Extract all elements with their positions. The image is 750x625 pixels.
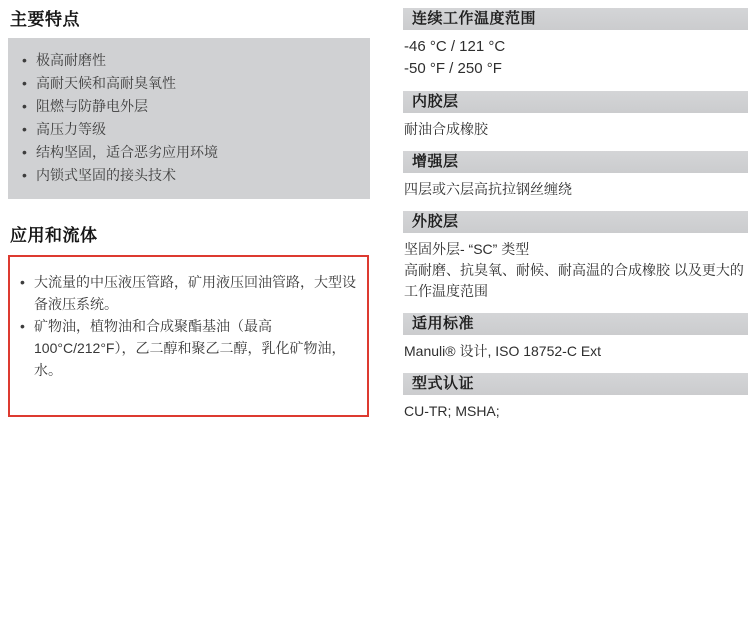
- spec-section-title: 内胶层: [403, 91, 748, 113]
- feature-item: 高耐天候和高耐臭氧性: [22, 72, 356, 95]
- spec-section-title: 增强层: [403, 151, 748, 173]
- feature-item: 阻燃与防静电外层: [22, 95, 356, 118]
- spec-value: 耐油合成橡胶: [403, 119, 748, 140]
- spec-section-reinforcement: 增强层 四层或六层高抗拉钢丝缠绕: [403, 151, 748, 200]
- spec-value: 四层或六层高抗拉钢丝缠绕: [403, 179, 748, 200]
- feature-item: 内锁式坚固的接头技术: [22, 164, 356, 187]
- applications-highlight-box: 大流量的中压液压管路，矿用液压回油管路，大型设备液压系统。 矿物油，植物油和合成…: [8, 255, 369, 417]
- spec-value-cover-type: 坚固外层- “SC” 类型: [403, 239, 748, 260]
- spec-section-standards: 适用标准 Manuli® 设计, ISO 18752-C Ext: [403, 313, 748, 362]
- feature-item: 极高耐磨性: [22, 49, 356, 72]
- spec-value-fahrenheit: -50 °F / 250 °F: [403, 58, 748, 80]
- spec-value-certifications: CU-TR; MSHA;: [403, 401, 748, 422]
- feature-item: 高压力等级: [22, 118, 356, 141]
- spec-section-certifications: 型式认证 CU-TR; MSHA;: [403, 373, 748, 422]
- application-item: 矿物油，植物油和合成聚酯基油（最高100°C/212°F），乙二醇和聚乙二醇，乳…: [20, 315, 357, 381]
- features-panel: 极高耐磨性 高耐天候和高耐臭氧性 阻燃与防静电外层 高压力等级 结构坚固，适合恶…: [8, 38, 370, 199]
- spec-section-title: 型式认证: [403, 373, 748, 395]
- spec-value-cover-desc: 高耐磨、抗臭氧、耐候、耐高温的合成橡胶 以及更大的工作温度范围: [403, 260, 748, 302]
- left-column: 主要特点 极高耐磨性 高耐天候和高耐臭氧性 阻燃与防静电外层 高压力等级 结构坚…: [8, 8, 370, 417]
- spec-value-standards: Manuli® 设计, ISO 18752-C Ext: [403, 341, 748, 362]
- spec-section-title: 外胶层: [403, 211, 748, 233]
- datasheet-page: 主要特点 极高耐磨性 高耐天候和高耐臭氧性 阻燃与防静电外层 高压力等级 结构坚…: [0, 0, 750, 625]
- spec-section-title: 适用标准: [403, 313, 748, 335]
- spec-section-cover: 外胶层 坚固外层- “SC” 类型 高耐磨、抗臭氧、耐候、耐高温的合成橡胶 以及…: [403, 211, 748, 302]
- features-heading: 主要特点: [10, 10, 370, 30]
- spec-value-celsius: -46 °C / 121 °C: [403, 36, 748, 58]
- spec-section-title: 连续工作温度范围: [403, 8, 748, 30]
- spec-column: 连续工作温度范围 -46 °C / 121 °C -50 °F / 250 °F…: [403, 8, 748, 433]
- features-list: 极高耐磨性 高耐天候和高耐臭氧性 阻燃与防静电外层 高压力等级 结构坚固，适合恶…: [22, 49, 356, 187]
- applications-list: 大流量的中压液压管路，矿用液压回油管路，大型设备液压系统。 矿物油，植物油和合成…: [20, 271, 357, 381]
- feature-item: 结构坚固，适合恶劣应用环境: [22, 141, 356, 164]
- application-item: 大流量的中压液压管路，矿用液压回油管路，大型设备液压系统。: [20, 271, 357, 315]
- applications-heading: 应用和流体: [10, 226, 370, 246]
- spec-section-inner-tube: 内胶层 耐油合成橡胶: [403, 91, 748, 140]
- spec-section-temperature: 连续工作温度范围 -46 °C / 121 °C -50 °F / 250 °F: [403, 8, 748, 80]
